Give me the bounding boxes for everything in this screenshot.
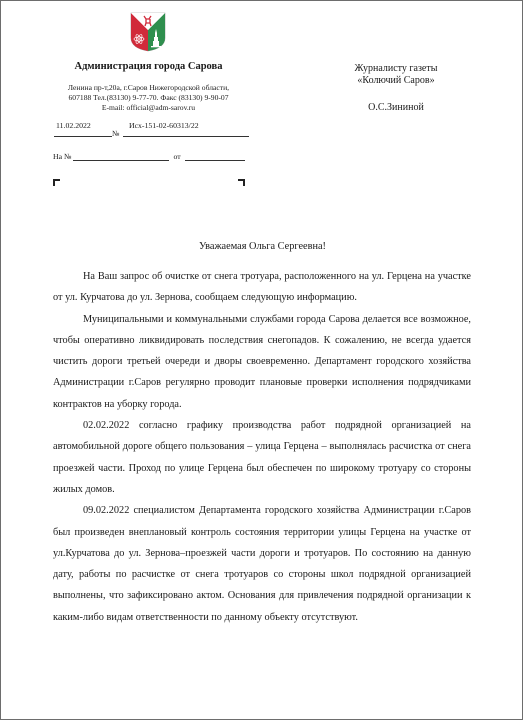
- organization-name: Администрация города Сарова: [21, 61, 276, 72]
- number-label: №: [112, 129, 119, 138]
- paragraph: На Ваш запрос об очистке от снега тротуа…: [53, 266, 471, 309]
- reply-number-line: [73, 152, 169, 161]
- address-line-1: Ленина пр-т,20а, г.Саров Нижегородской о…: [21, 83, 276, 93]
- recipient-line-2: «Колючий Саров»: [331, 75, 461, 87]
- address-line-2: 607188 Тел.(83130) 9-77-70. Факс (83130)…: [21, 93, 276, 103]
- letter-body: На Ваш запрос об очистке от снега тротуа…: [53, 266, 471, 628]
- recipient-line-1: Журналисту газеты: [331, 63, 461, 75]
- reply-reference-row: На № от: [53, 152, 245, 161]
- outgoing-date: 11.02.2022: [54, 121, 112, 137]
- paragraph: 02.02.2022 согласно графику производства…: [53, 415, 471, 500]
- sarov-coat-of-arms-icon: [130, 12, 166, 52]
- reply-from-label: от: [173, 152, 180, 161]
- address-corner-left: [53, 179, 60, 186]
- email-line: E-mail: official@adm-sarov.ru: [21, 103, 276, 113]
- recipient-name: О.С.Зининой: [331, 102, 461, 113]
- address-corner-right: [238, 179, 245, 186]
- paragraph: 09.02.2022 специалистом Департамента гор…: [53, 500, 471, 628]
- recipient-block: Журналисту газеты «Колючий Саров»: [331, 63, 461, 87]
- outgoing-number: Исх-151-02-60313/22: [123, 121, 249, 137]
- paragraph: Муниципальными и коммунальными службами …: [53, 309, 471, 415]
- organization-address: Ленина пр-т,20а, г.Саров Нижегородской о…: [21, 83, 276, 112]
- reply-date-line: [185, 152, 245, 161]
- salutation: Уважаемая Ольга Сергеевна!: [1, 241, 523, 252]
- letter-page: Администрация города Сарова Ленина пр-т,…: [0, 0, 523, 720]
- reply-to-label: На №: [53, 152, 71, 161]
